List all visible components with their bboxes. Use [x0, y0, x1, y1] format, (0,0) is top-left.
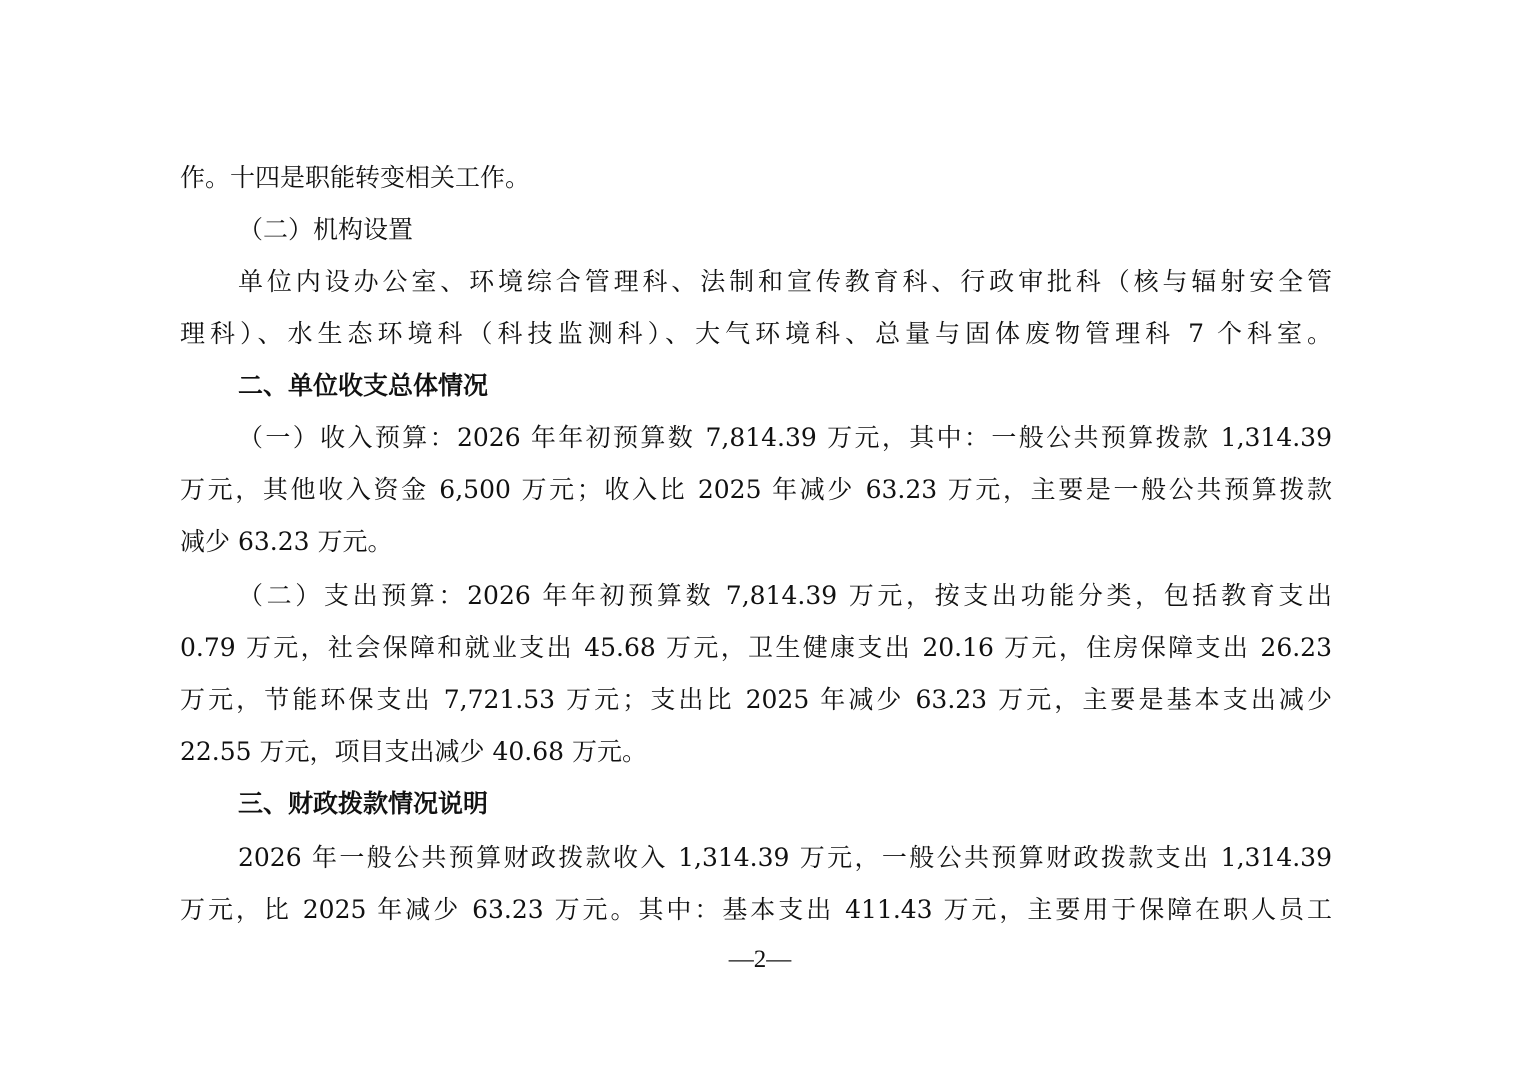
paragraph-line: 减少 63.23 万元。: [180, 522, 1332, 562]
section-heading-income-expense: 二、单位收支总体情况: [238, 366, 1332, 406]
paragraph-line: 万元，节能环保支出 7,721.53 万元；支出比 2025 年减少 63.23…: [180, 680, 1332, 720]
document-page: 作。十四是职能转变相关工作。 （二）机构设置 单位内设办公室、环境综合管理科、法…: [0, 0, 1520, 1074]
paragraph-line: 理科）、水生态环境科（科技监测科）、大气环境科、总量与固体废物管理科 7 个科室…: [180, 314, 1332, 354]
paragraph-line: 22.55 万元，项目支出减少 40.68 万元。: [180, 732, 1332, 772]
paragraph-line: 万元，其他收入资金 6,500 万元；收入比 2025 年减少 63.23 万元…: [180, 470, 1332, 510]
paragraph-line: 作。十四是职能转变相关工作。: [180, 158, 1332, 198]
page-number: —2—: [0, 940, 1520, 980]
paragraph-line: 0.79 万元，社会保障和就业支出 45.68 万元，卫生健康支出 20.16 …: [180, 628, 1332, 668]
paragraph-line: 2026 年一般公共预算财政拨款收入 1,314.39 万元，一般公共预算财政拨…: [238, 838, 1332, 878]
paragraph-line: 单位内设办公室、环境综合管理科、法制和宣传教育科、行政审批科（核与辐射安全管: [238, 262, 1332, 302]
section-heading-fiscal-appropriation: 三、财政拨款情况说明: [238, 784, 1332, 824]
paragraph-line: （二）支出预算：2026 年年初预算数 7,814.39 万元，按支出功能分类，…: [238, 576, 1332, 616]
section-subheading-organization: （二）机构设置: [238, 210, 1332, 250]
paragraph-line: 万元，比 2025 年减少 63.23 万元。其中：基本支出 411.43 万元…: [180, 890, 1332, 930]
paragraph-line: （一）收入预算：2026 年年初预算数 7,814.39 万元，其中：一般公共预…: [238, 418, 1332, 458]
